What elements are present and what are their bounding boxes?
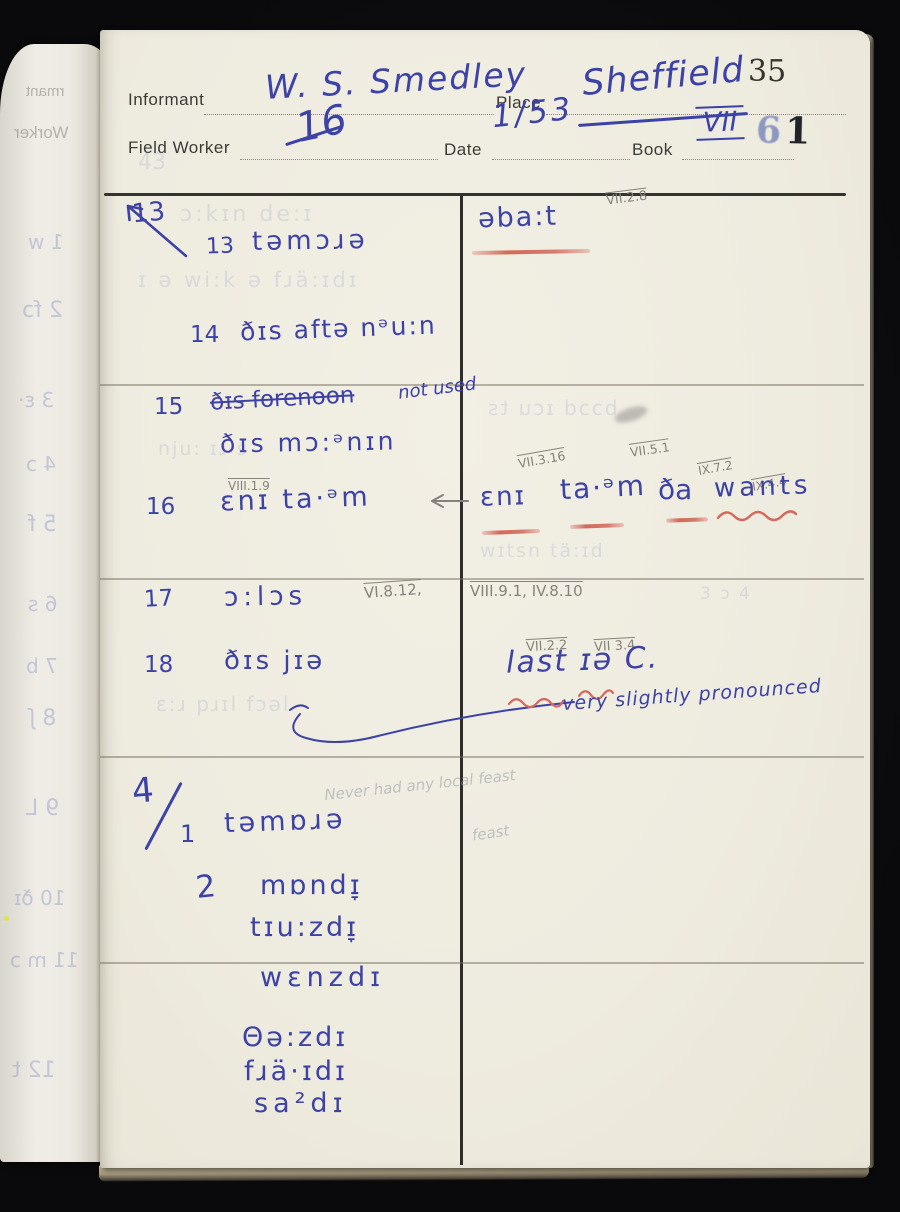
bleedthrough-text: 7 b [26,656,58,676]
entry-phonetic: ɛnɪ ta·ᵊm [220,483,371,515]
entry-phonetic: təmɔɹə [252,227,369,255]
entry-phonetic: ɔ:lɔs [224,583,308,610]
fieldworker-field-line [240,159,438,160]
stamp-digit: 1 [785,110,811,153]
book-field-line [682,159,794,160]
annotation-note: very slightly pronounced [562,677,823,714]
bleedthrough-text: 12 t [12,1060,56,1082]
entry-number: 2 [194,871,217,904]
entry-note: not used [397,375,477,402]
ghost-text: 3 ɔ 4 [700,586,752,603]
informant-label: Informant [128,90,204,110]
entry-number: 17 [143,587,173,612]
pencil-smudge [613,403,649,426]
bleedthrough-text: 11 m ɔ [10,950,79,970]
entry-phonetic: təmɒɹə [224,806,347,837]
entry-number: 18 [144,654,173,677]
fieldworker-value: 16 [292,99,350,149]
ghost-text: ɛ:ɹ pɹɪl fɔəl [156,694,290,714]
red-underline [570,523,624,528]
entry-phonetic: wɛnzdɪ [260,964,385,991]
ghost-text: ɪ ə wi:k ə fɹä:ɪdɪ [138,270,360,291]
annotation-phonetic: ta·ᵊm [559,472,646,504]
informant-value: W. S. Smedley [264,57,528,104]
red-underline [472,249,590,255]
section-marker: 13 [131,199,166,228]
ghost-text: bɔɔd ɪcu ts [486,398,617,418]
entry-phonetic: tɪu:zdɪ̞ [250,914,359,941]
entry-phonetic-struck: ðɪs forenoon [209,384,354,415]
bleedthrough-text: 6 s [28,594,58,614]
annotation-phonetic: ða [658,476,692,504]
row-divider [100,578,864,580]
ghost-pencil-note: Never had any local feast [324,768,516,803]
annotation-phonetic: əba:t [478,203,559,233]
paper-fleck [4,916,9,921]
record-card-page: Informant Place Field Worker Date Book W… [100,30,870,1168]
left-arrow-icon [422,492,472,510]
red-underline [666,517,708,522]
bleedthrough-text: 10 ðɪ [14,888,65,908]
bleedthrough-text: 8 ʃ [28,708,56,730]
annotation-phonetic: wants [714,472,812,501]
ghost-text: wɪtsn tä:ɪd [480,542,605,561]
annotation-phonetic: last ɪə C. [506,643,660,678]
entry-number: 13 [206,236,235,259]
entry-number: 15 [154,396,183,419]
entry-phonetic: ðɪs aftə nᵊu:n [240,313,438,345]
entry-phonetic: fɹä·ɪdɪ [244,1058,348,1085]
row-divider [100,962,864,964]
entry-phonetic: sa²dɪ [254,1090,348,1117]
place-value: Sheffield [581,53,746,102]
row-divider [100,756,864,758]
pencil-reference: VII.2.8 [605,190,648,208]
row-divider [100,384,864,386]
book-label: Book [632,140,673,160]
bleedthrough-text: 3 ɛ· [18,390,54,410]
page-number: 35 [748,54,786,89]
ghost-text: ɔ:kɪn de:ɪ [180,204,314,226]
book-value: VII [695,105,745,141]
pencil-reference: VII.5.1 [629,441,670,459]
red-squiggle-underline [714,508,802,524]
bleedthrough-text: 2 fɔ [22,300,63,322]
entry-number: 1 [180,822,195,846]
ghost-pencil-note: feast [471,823,510,843]
red-underline [482,529,540,535]
connector-stroke-icon [268,670,580,750]
bleedthrough-text: 4 ɔ [26,454,56,474]
annotation-phonetic: ɛnɪ [480,483,527,511]
table-top-rule [104,193,846,196]
previous-page-edge: rmant Worker 1 w 2 fɔ 3 ɛ· 4 ɔ 5 f 6 s 7… [0,44,104,1162]
stamp-digit: 6 [755,109,781,152]
date-label: Date [444,140,482,160]
photo-of-field-record-card: { "header": { "informant_label": "Inform… [0,0,900,1212]
stamped-number: 61 [755,109,810,152]
informant-field-line [204,114,494,115]
pencil-reference: VI.8.12, [364,582,423,601]
section-marker: 4 [131,773,156,809]
bleedthrough-text: rmant [26,84,64,99]
pencil-reference: VII.3.16 [517,450,566,471]
bleedthrough-text: 1 w [28,232,63,252]
red-squiggle-underline [506,696,566,710]
ghost-text: 43 [138,152,166,174]
date-value: 1/53 [491,94,575,133]
ghost-text: nju: ɪɹ s [158,440,249,459]
entry-number: 14 [190,324,219,347]
bleedthrough-text: 5 f [28,514,57,536]
bleedthrough-text: 9 L [26,798,59,820]
bleedthrough-text: Worker [14,124,68,141]
entry-phonetic: mɒndɪ̞ [260,872,363,899]
date-field-line [492,159,630,160]
entry-number: 16 [146,496,175,519]
pencil-reference: VIII.9.1, IV.8.10 [470,584,583,599]
entry-phonetic: Θə:zdɪ [242,1024,348,1051]
